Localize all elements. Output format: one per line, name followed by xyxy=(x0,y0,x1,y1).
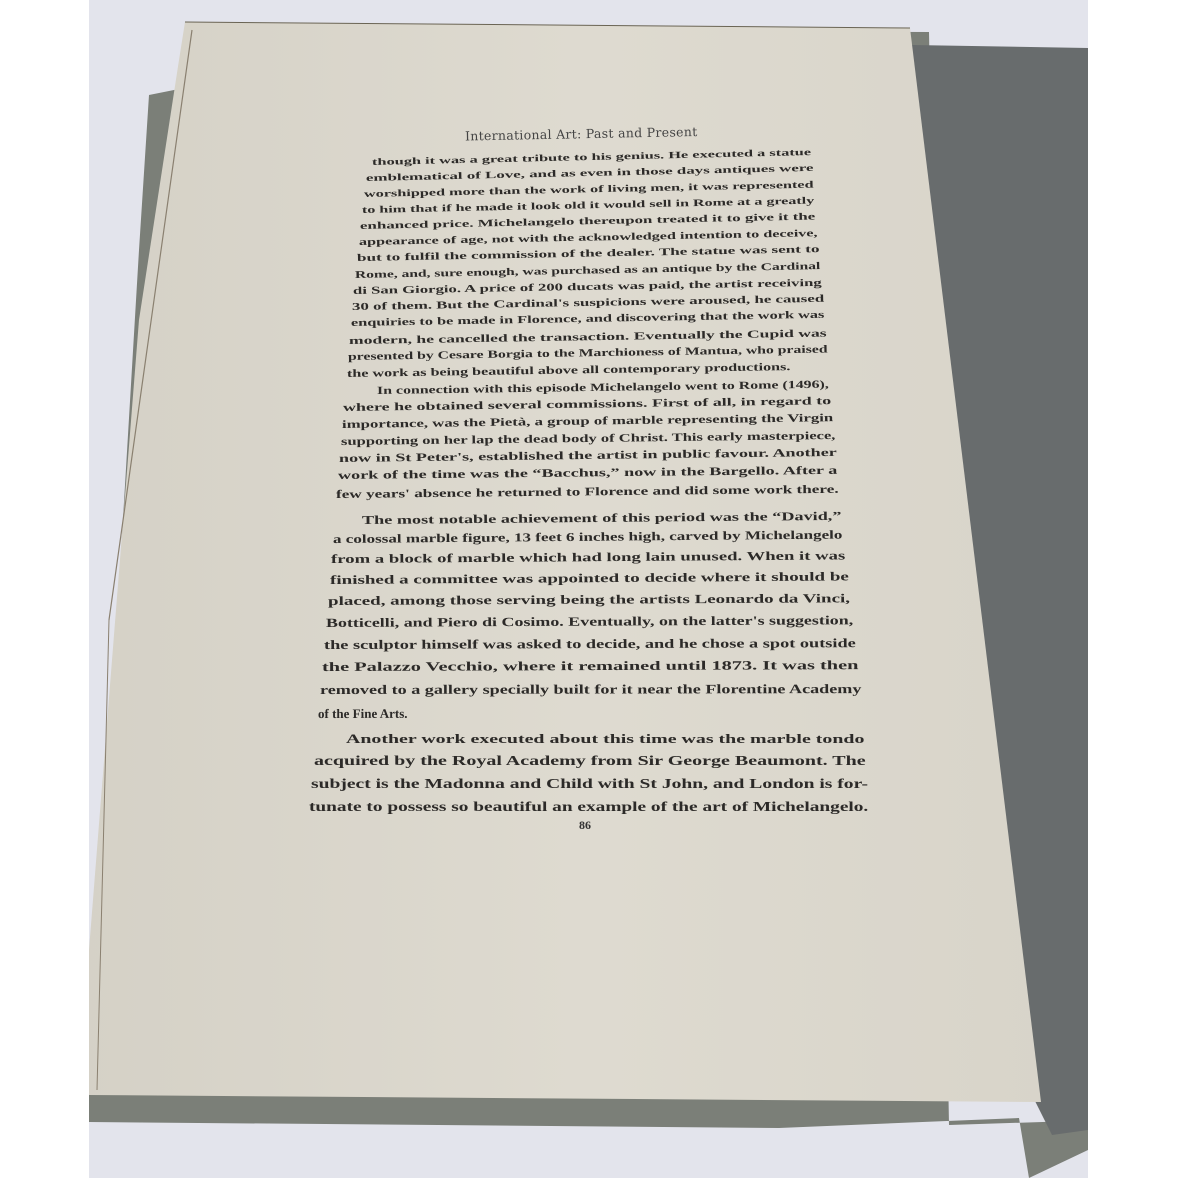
text-line: enquiries to be made in Florence, and di… xyxy=(351,310,825,329)
text-line: subject is the Madonna and Child with St… xyxy=(311,776,868,792)
text-line: Botticelli, and Piero di Cosimo. Eventua… xyxy=(326,613,853,631)
text-line: where he obtained several commissions. F… xyxy=(343,395,831,414)
text-line: removed to a gallery specially built for… xyxy=(320,682,861,698)
text-line: finished a committee was appointed to de… xyxy=(330,569,849,588)
running-head: International Art: Past and Present xyxy=(465,124,725,144)
text-line: Another work executed about this time wa… xyxy=(346,731,864,747)
text-line: work of the time was the “Bacchus,” now … xyxy=(338,465,837,482)
text-line: Rome, and, sure enough, was purchased as… xyxy=(355,261,820,281)
text-line: presented by Cesare Borgia to the Marchi… xyxy=(348,343,828,363)
text-line: acquired by the Royal Academy from Sir G… xyxy=(314,753,866,769)
text-line: from a block of marble which had long la… xyxy=(331,548,845,567)
text-line: placed, among those serving being the ar… xyxy=(328,591,850,609)
text-line: the sculptor himself was asked to decide… xyxy=(324,636,856,653)
text-line: In connection with this episode Michelan… xyxy=(377,379,829,397)
text-line: a colossal marble figure, 13 feet 6 inch… xyxy=(333,528,843,547)
text-line: the work as being beautiful above all co… xyxy=(347,361,791,380)
text-line: the Palazzo Vecchio, where it remained u… xyxy=(322,658,859,675)
page-number: 86 xyxy=(579,818,591,833)
text-line: but to fulfil the commission of the deal… xyxy=(357,244,820,264)
text-line: tunate to possess so beautiful an exampl… xyxy=(309,799,868,815)
text-line: importance, was the Pietà, a group of ma… xyxy=(342,412,833,431)
text-line: now in St Peter's, established the artis… xyxy=(339,447,837,465)
text-line: of the Fine Arts. xyxy=(318,706,408,722)
page-text: International Art: Past and Present thou… xyxy=(0,0,1178,1178)
text-line: few years' absence he returned to Floren… xyxy=(336,483,839,501)
text-line: supporting on her lap the dead body of C… xyxy=(341,430,836,448)
text-line: The most notable achievement of this per… xyxy=(362,509,842,528)
